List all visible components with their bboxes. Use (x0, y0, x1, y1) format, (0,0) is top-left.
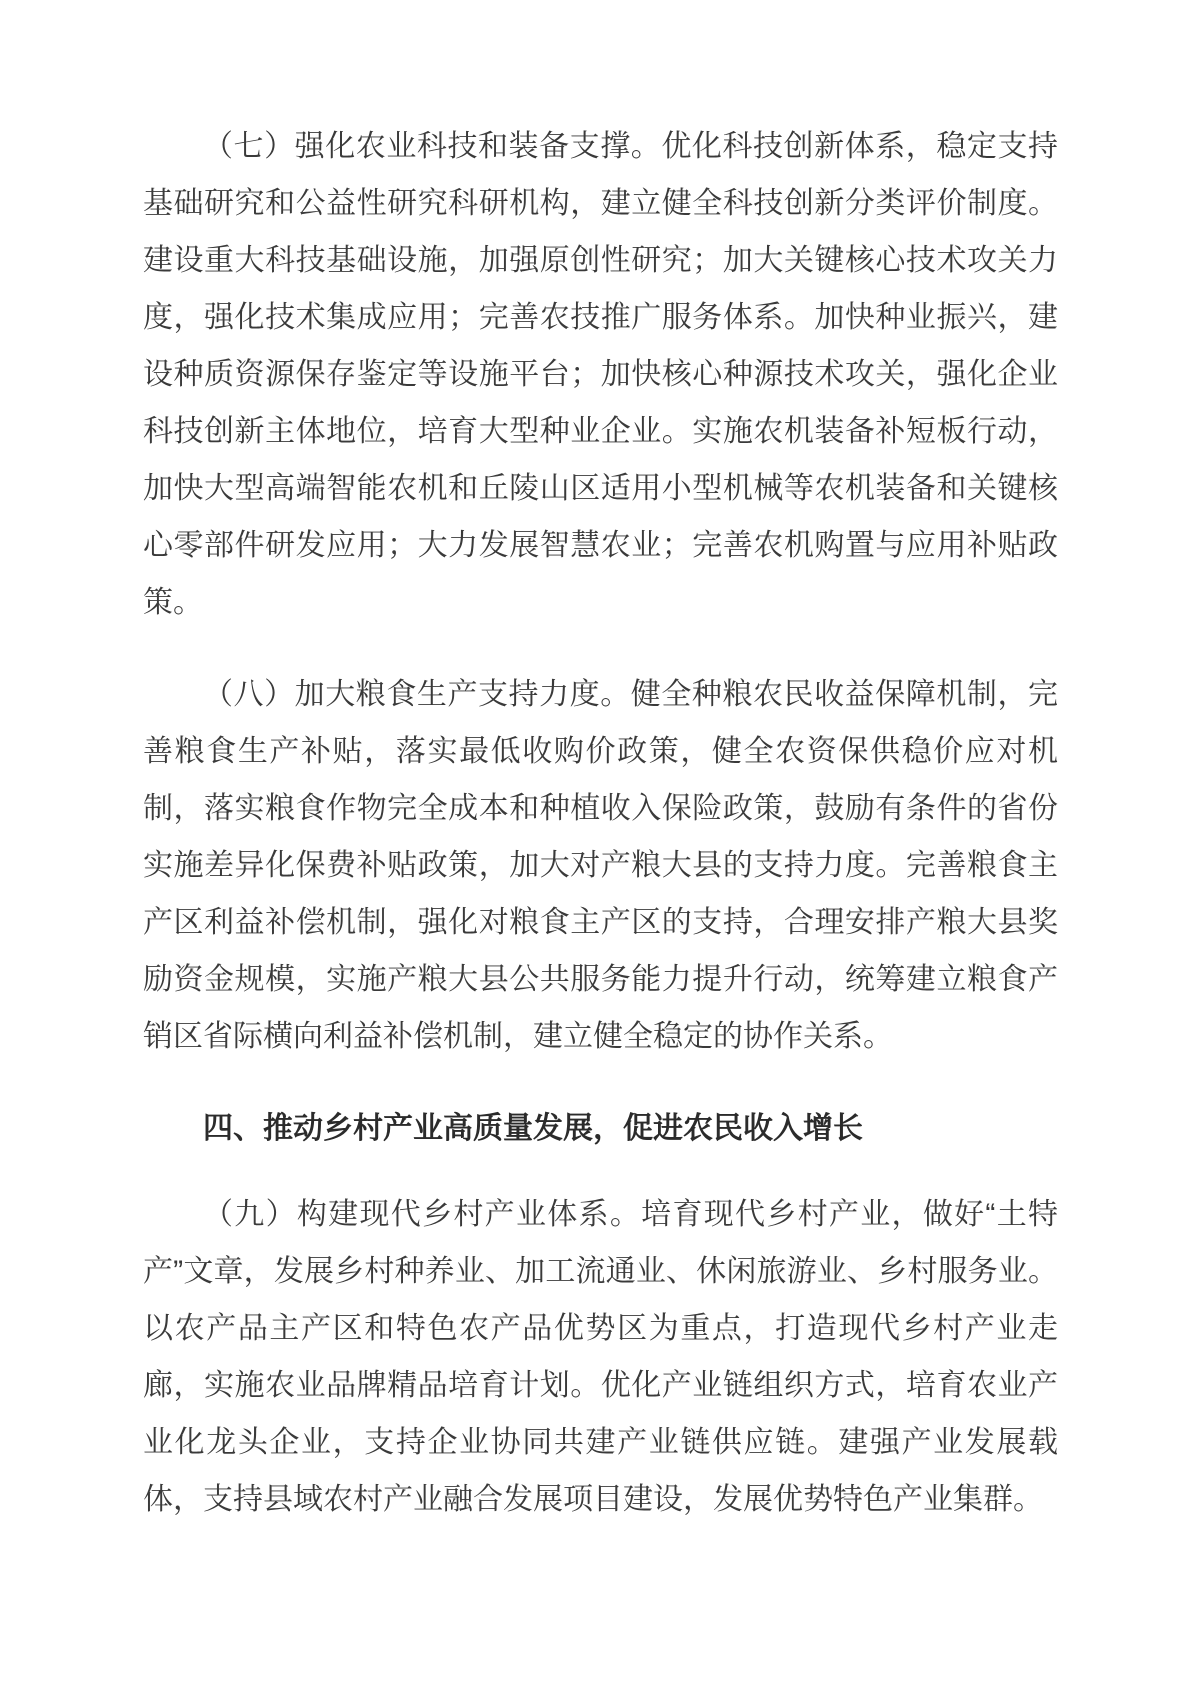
paragraph-item-7: （七）强化农业科技和装备支撑。优化科技创新体系，稳定支持基础研究和公益性研究科研… (143, 118, 1058, 631)
paragraph-item-8: （八）加大粮食生产支持力度。健全种粮农民收益保障机制，完善粮食生产补贴，落实最低… (143, 666, 1058, 1065)
paragraph-item-9: （九）构建现代乡村产业体系。培育现代乡村产业，做好“土特产”文章，发展乡村种养业… (143, 1186, 1058, 1528)
section-heading-4: 四、推动乡村产业高质量发展，促进农民收入增长 (143, 1100, 1058, 1157)
document-page: （七）强化农业科技和装备支撑。优化科技创新体系，稳定支持基础研究和公益性研究科研… (0, 0, 1200, 1698)
